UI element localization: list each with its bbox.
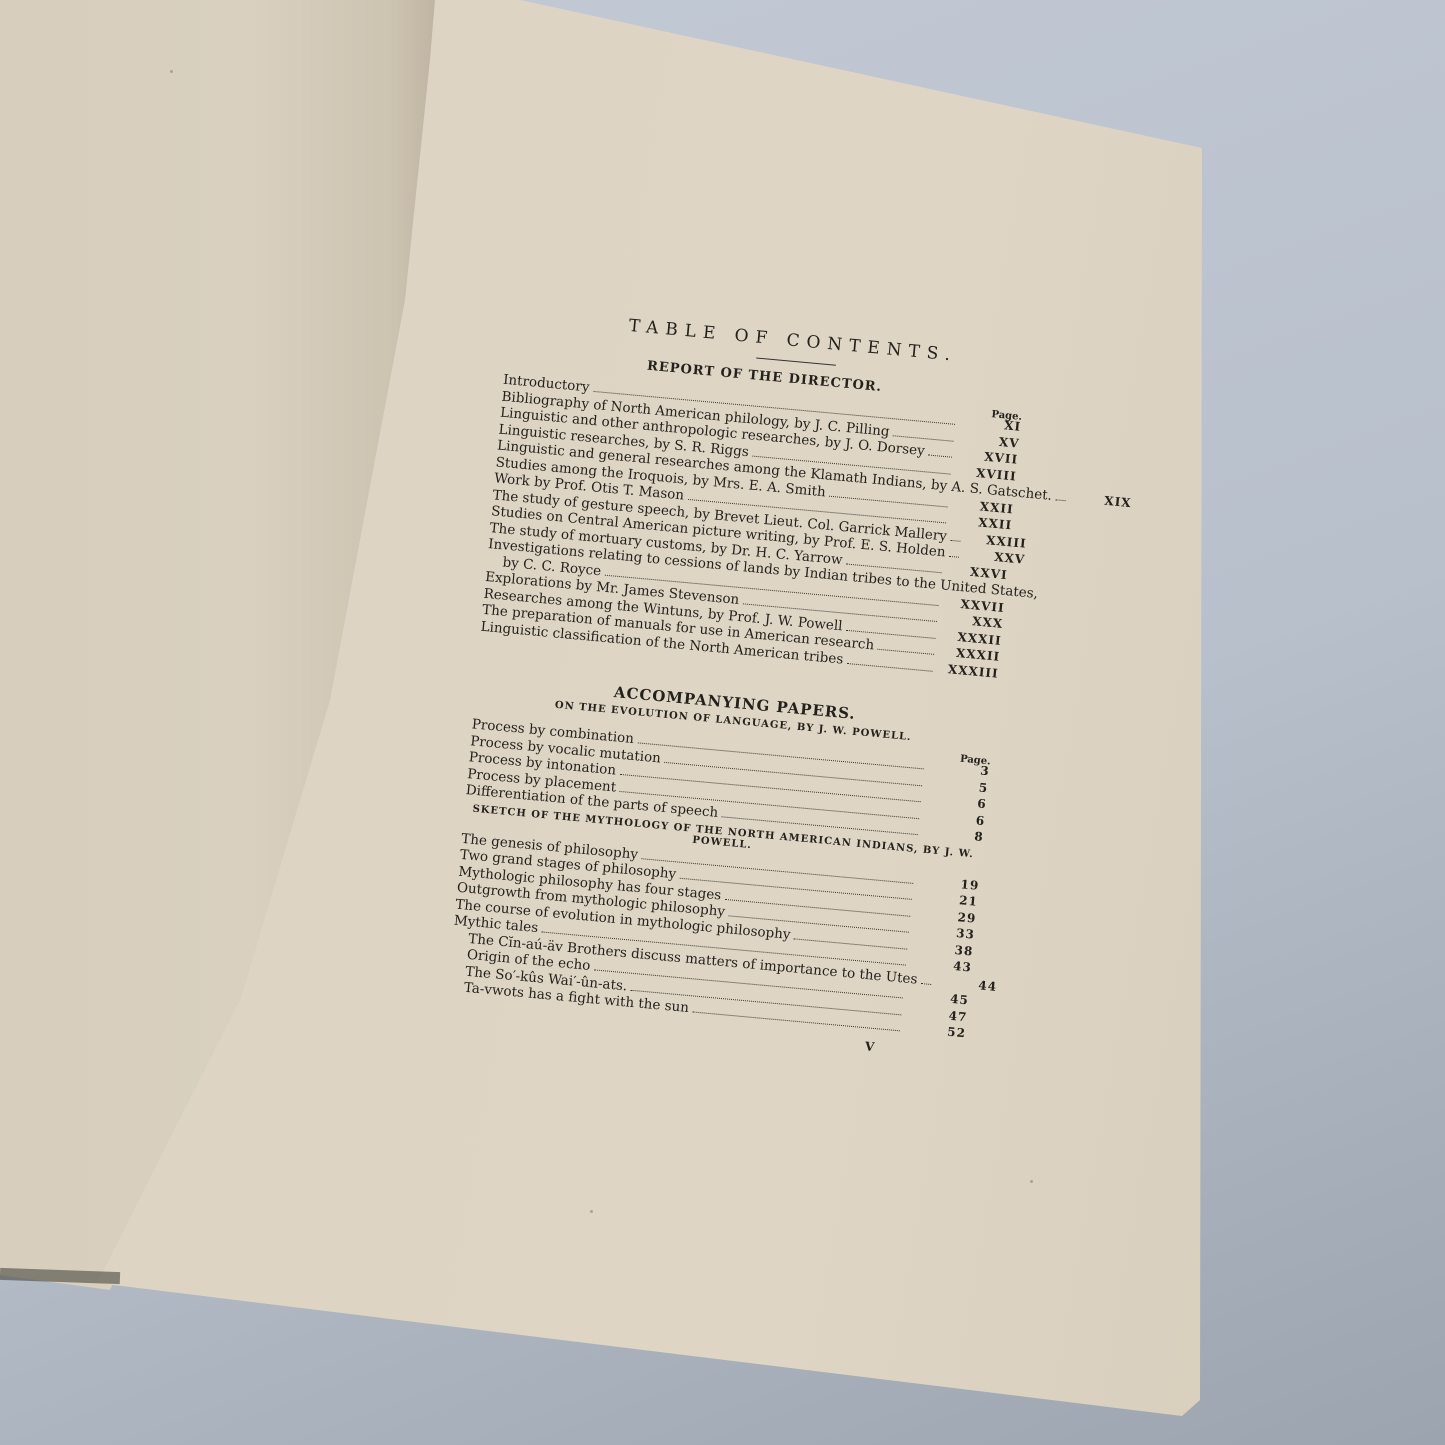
title-rule [756,358,836,366]
table-of-contents: TABLE OF CONTENTS. REPORT OF THE DIRECTO… [445,305,1027,1062]
paper-spot [590,1210,593,1213]
paper-spot [170,70,173,73]
paper-spot [1030,1180,1033,1183]
director-entries: IntroductoryXI Bibliography of North Ame… [480,372,1022,682]
